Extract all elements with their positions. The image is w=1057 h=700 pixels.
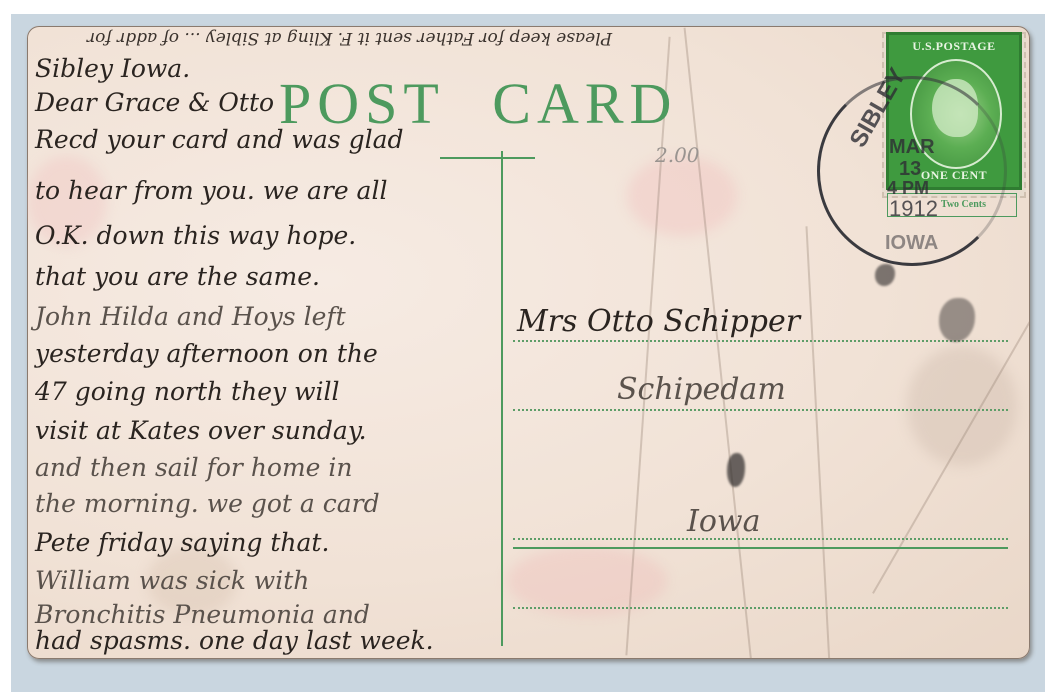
stamp-top-text: U.S.POSTAGE bbox=[889, 39, 1019, 54]
address-line-2: Schipedam bbox=[617, 372, 786, 407]
pencil-price-note: 2.00 bbox=[655, 143, 700, 167]
ink-blot bbox=[727, 453, 745, 487]
ink-blot bbox=[875, 264, 895, 286]
message-line: John Hilda and Hoys left bbox=[35, 302, 346, 331]
message-line: the morning. we got a card bbox=[35, 489, 380, 518]
upside-down-note: Please keep for Father sent it F. Kling … bbox=[87, 28, 612, 48]
address-line-1: Mrs Otto Schipper bbox=[517, 304, 800, 339]
divider-line bbox=[440, 157, 535, 159]
address-line bbox=[513, 409, 1008, 411]
postmark-state: IOWA bbox=[885, 232, 938, 255]
divider-line bbox=[501, 151, 503, 646]
address-line bbox=[513, 340, 1008, 342]
message-line: to hear from you. we are all bbox=[35, 176, 387, 205]
stain bbox=[627, 156, 737, 236]
address-line-3: Iowa bbox=[687, 504, 760, 539]
postmark-month: MAR bbox=[889, 136, 935, 159]
ink-blot bbox=[939, 298, 975, 342]
postcard: POST CARD Please keep for Father sent it… bbox=[27, 26, 1030, 659]
message-line: O.K. down this way hope. bbox=[35, 221, 356, 250]
message-line: yesterday afternoon on the bbox=[35, 339, 378, 368]
message-line: 47 going north they will bbox=[35, 377, 339, 406]
message-line: had spasms. one day last week. bbox=[35, 626, 434, 655]
message-line: Pete friday saying that. bbox=[35, 528, 329, 557]
crease bbox=[684, 28, 752, 659]
crease bbox=[805, 226, 830, 659]
postmark-year: 1912 bbox=[889, 196, 938, 222]
address-line bbox=[513, 538, 1008, 540]
message-line: Sibley Iowa. bbox=[35, 54, 190, 83]
message-line: Bronchitis Pneumonia and bbox=[35, 600, 370, 629]
message-line: that you are the same. bbox=[35, 262, 320, 291]
address-line bbox=[513, 607, 1008, 609]
message-line: Dear Grace & Otto bbox=[35, 88, 274, 117]
message-line: Recd your card and was glad bbox=[35, 125, 404, 154]
message-line: and then sail for home in bbox=[35, 453, 353, 482]
stain bbox=[507, 546, 667, 616]
stain bbox=[907, 346, 1017, 466]
message-line: visit at Kates over sunday. bbox=[35, 416, 367, 445]
message-line: William was sick with bbox=[35, 566, 309, 595]
address-line bbox=[513, 547, 1008, 549]
